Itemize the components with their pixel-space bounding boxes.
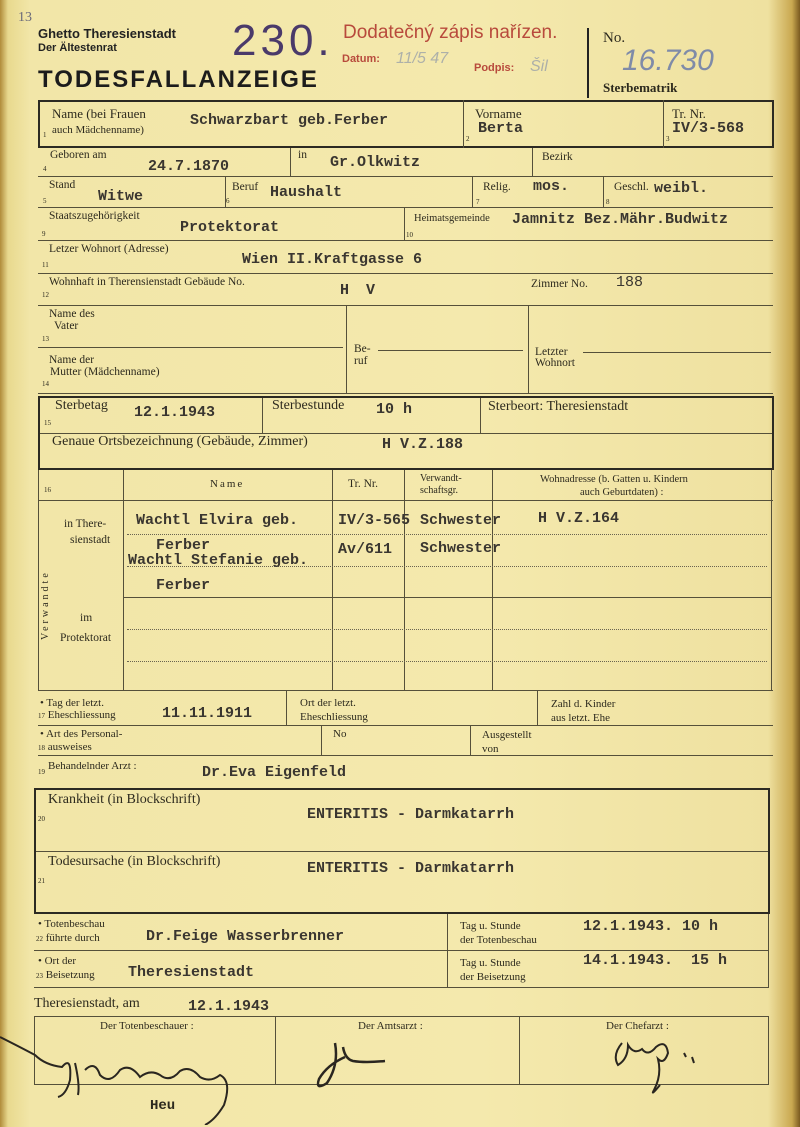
mutter-label: Name der	[49, 354, 94, 366]
beisetzung-value: Theresienstadt	[128, 964, 254, 981]
sterbeort-label: Sterbeort: Theresienstadt	[488, 399, 628, 415]
ehe-tag-value: 11.11.1911	[162, 705, 252, 722]
group1-label2: sienstadt	[70, 534, 110, 546]
beschau-value: Dr.Feige Wasserbrenner	[146, 928, 344, 945]
staat-label: Staatszugehörigkeit	[49, 210, 140, 222]
name-label: Name (bei Frauen	[52, 108, 146, 120]
wohnhaft-value: H V	[340, 282, 379, 299]
staat-value: Protektorat	[180, 219, 279, 236]
group2-label2: Protektorat	[60, 632, 111, 644]
geschl-label: Geschl.	[614, 181, 649, 193]
beisetzung-tag-label2: der Beisetzung	[460, 971, 526, 983]
place-label: Theresienstadt, am	[34, 996, 140, 1012]
vater-label: Name des	[49, 308, 95, 320]
place-date: 12.1.1943	[188, 998, 269, 1015]
ehe-ort-label: Ort der letzt.	[300, 697, 356, 709]
sterbestunde-value: 10 h	[376, 401, 412, 418]
mutter-label2: Mutter (Mädchenname)	[50, 366, 160, 378]
zimmer-label: Zimmer No.	[531, 278, 588, 290]
geschl-value: weibl.	[654, 180, 708, 197]
col-trnr: Tr. Nr.	[348, 478, 378, 490]
trnr-value: IV/3-568	[672, 120, 744, 137]
beschau-tag-value: 12.1.1943. 10 h	[583, 918, 718, 935]
corner-mark: 13	[18, 10, 32, 26]
ausweis-label: • Art des Personal-	[40, 728, 122, 740]
ehe-tag-label: • Tag der letzt.	[40, 697, 104, 709]
group2-label: im	[80, 612, 92, 624]
ortsbez-value: H V.Z.188	[382, 436, 463, 453]
in-value: Gr.Olkwitz	[330, 154, 420, 171]
document-page: 13 Ghetto Theresienstadt Der Ältestenrat…	[0, 0, 800, 1127]
heimat-label: Heimatsgemeinde	[414, 213, 490, 225]
relig-value: mos.	[533, 178, 569, 195]
col-name: Name	[210, 478, 244, 490]
beisetzung-label: • Ort der	[38, 955, 76, 967]
krankheit-label: Krankheit (in Blockschrift)	[48, 792, 200, 808]
col-adresse: Wohnadresse (b. Gatten u. Kindern	[540, 474, 688, 486]
stamp-text: Dodatečný zápis nařízen.	[343, 22, 557, 44]
kinder-label: Zahl d. Kinder	[551, 698, 615, 710]
name-label2: auch Mädchenname)	[52, 124, 144, 136]
arzt-label: Behandelnder Arzt :	[48, 760, 137, 772]
signature-amtsarzt	[305, 1035, 395, 1095]
beruf2-label: Be-	[354, 343, 371, 355]
ausweis-no-label: No	[333, 728, 346, 740]
no-value: 16.730	[622, 44, 714, 78]
stand-value: Witwe	[98, 188, 143, 205]
in-label: in	[298, 149, 307, 161]
stamp-podpis-value: Šil	[530, 58, 548, 76]
org-line2: Der Ältestenrat	[38, 42, 117, 54]
beschau-label2: 22 führte durch	[36, 932, 100, 945]
sig3-label: Der Chefarzt :	[606, 1020, 669, 1032]
ursache-value: ENTERITIS - Darmkatarrh	[307, 860, 514, 877]
vater-label2: Vater	[54, 320, 78, 332]
sterbetag-value: 12.1.1943	[134, 404, 215, 421]
sterbestunde-label: Sterbestunde	[272, 398, 344, 414]
ortsbez-label: Genaue Ortsbezeichnung (Gebäude, Zimmer)	[52, 434, 308, 450]
geboren-label: Geboren am	[50, 149, 107, 161]
kinder-label2: aus letzt. Ehe	[551, 712, 610, 724]
ehe-ort-label2: Eheschliessung	[300, 711, 368, 723]
ursache-label: Todesursache (in Blockschrift)	[48, 854, 220, 870]
wohnort-value: Wien II.Kraftgasse 6	[242, 251, 422, 268]
heimat-value: Jamnitz Bez.Mähr.Budwitz	[512, 211, 728, 228]
letzter-label2: Wohnort	[535, 357, 575, 369]
group1-label: in There-	[64, 518, 106, 530]
beisetzung-label2: 23 Beisetzung	[36, 969, 95, 982]
bezirk-label: Bezirk	[542, 151, 573, 163]
zimmer-value: 188	[616, 274, 643, 291]
ausweis-label2: 18 ausweises	[38, 741, 92, 754]
wohnhaft-label: Wohnhaft in Therensienstadt Gebäude No.	[49, 276, 245, 288]
beisetzung-tag-value: 14.1.1943. 15 h	[583, 952, 727, 969]
ausgestellt-label: Ausgestellt	[482, 729, 532, 741]
signature-totenbeschauer	[0, 1025, 260, 1125]
handwritten-number: 230.	[232, 16, 334, 66]
beruf-value: Haushalt	[270, 184, 342, 201]
beschau-label: • Totenbeschau	[38, 918, 105, 930]
arzt-value: Dr.Eva Eigenfeld	[202, 764, 346, 781]
sig2-label: Der Amtsarzt :	[358, 1020, 423, 1032]
stand-label: Stand	[49, 179, 75, 191]
signature-chefarzt	[610, 1035, 710, 1100]
stamp-podpis-label: Podpis:	[474, 62, 514, 74]
ausgestellt-label2: von	[482, 743, 499, 755]
krankheit-value: ENTERITIS - Darmkatarrh	[307, 806, 514, 823]
beruf2-label2: ruf	[354, 355, 367, 367]
col-verw: Verwandt-	[420, 473, 462, 485]
beisetzung-tag-label: Tag u. Stunde	[460, 957, 521, 969]
sterbematrik-label: Sterbematrik	[603, 80, 677, 96]
geboren-value: 24.7.1870	[148, 158, 229, 175]
ehe-tag-label2: 17 Eheschliessung	[38, 709, 116, 722]
wohnort-label: Letzer Wohnort (Adresse)	[49, 243, 169, 255]
under-sig1: Heu	[150, 1098, 175, 1114]
stamp-datum-label: Datum:	[342, 53, 380, 65]
beschau-tag-label: Tag u. Stunde	[460, 920, 521, 932]
col-adresse2: auch Geburtdaten) :	[580, 487, 663, 499]
verwandte-side-label: Verwandte	[40, 570, 51, 640]
col-verw2: schaftsgr.	[420, 485, 458, 497]
relig-label: Relig.	[483, 181, 511, 193]
name-value: Schwarzbart geb.Ferber	[190, 112, 388, 129]
vorname-value: Berta	[478, 120, 523, 137]
stamp-datum-value: 11/5 47	[396, 50, 448, 68]
org-line1: Ghetto Theresienstadt	[38, 26, 176, 41]
sterbetag-label: Sterbetag	[55, 398, 108, 414]
beruf-label: Beruf	[232, 181, 258, 193]
beschau-tag-label2: der Totenbeschau	[460, 934, 537, 946]
page-title: TODESFALLANZEIGE	[38, 66, 319, 94]
